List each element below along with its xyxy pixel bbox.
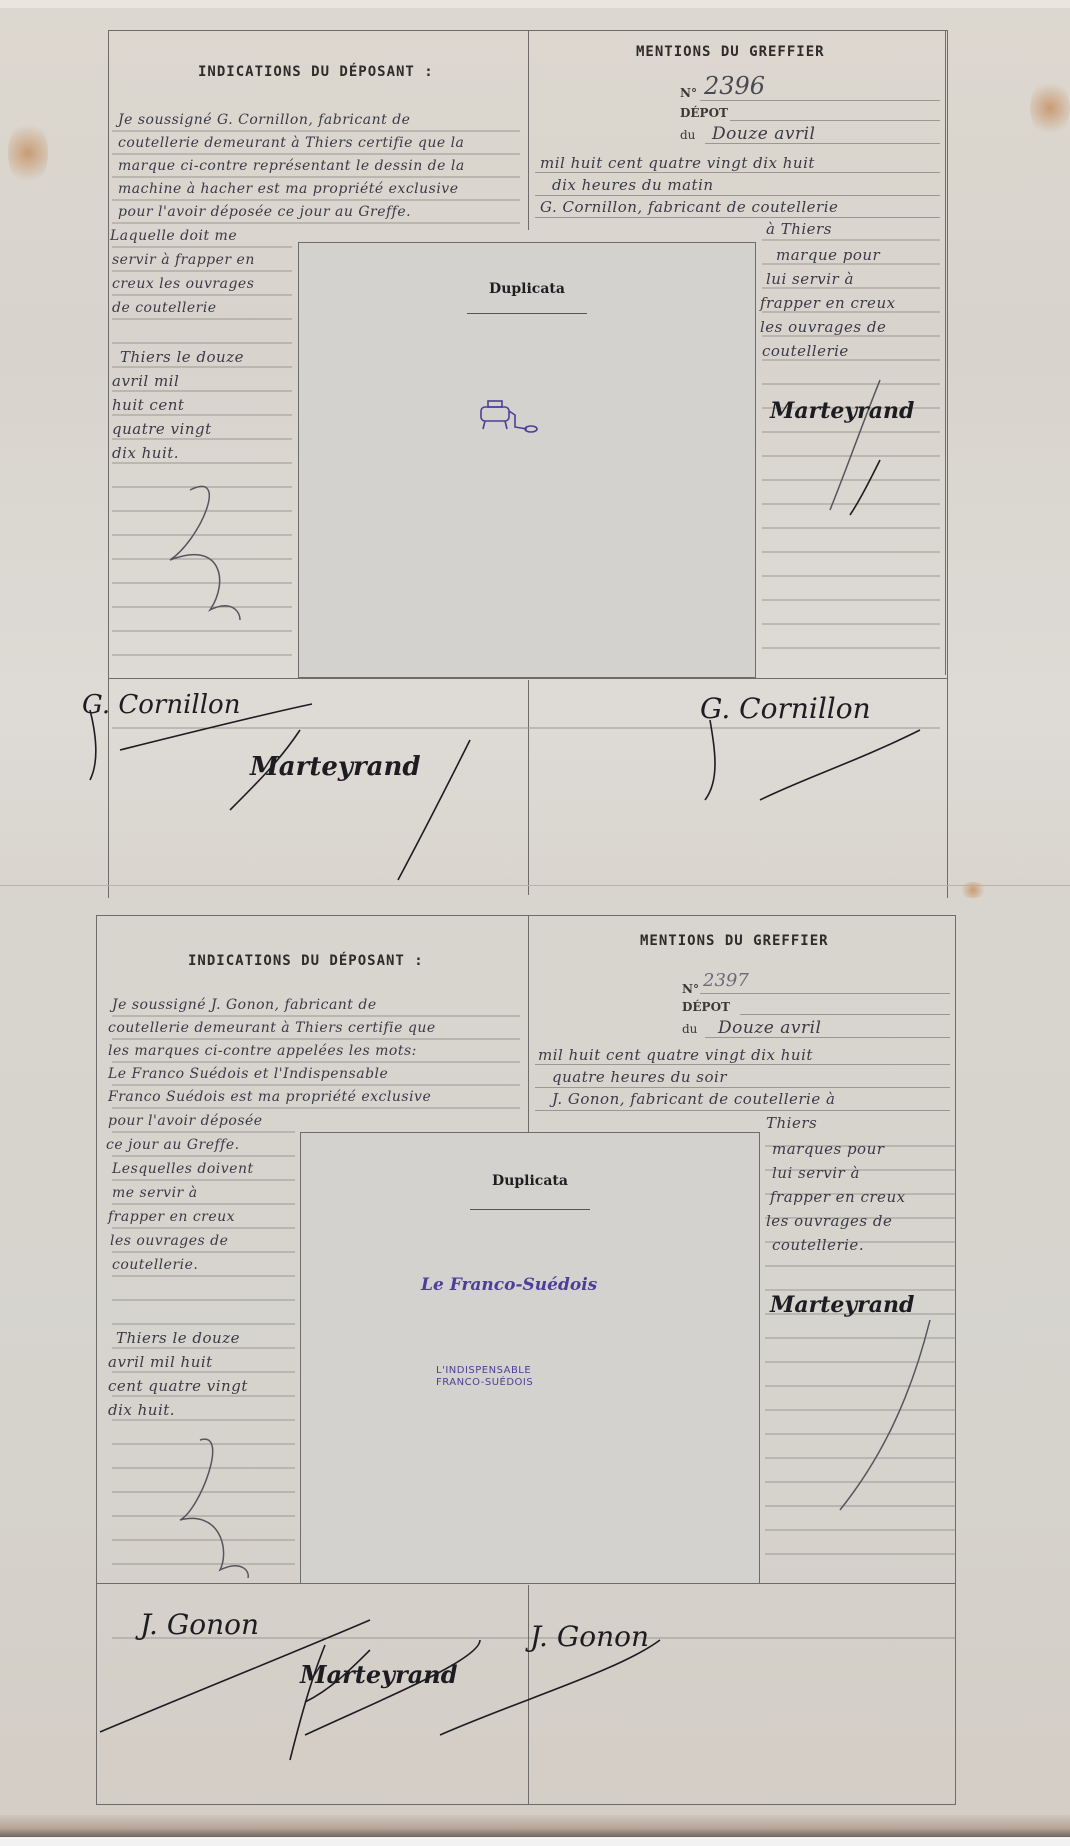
- torn-page-edge: [0, 1815, 1070, 1837]
- signature-flourishes-bottom: [0, 0, 1070, 1846]
- page-margin: [0, 1837, 1070, 1846]
